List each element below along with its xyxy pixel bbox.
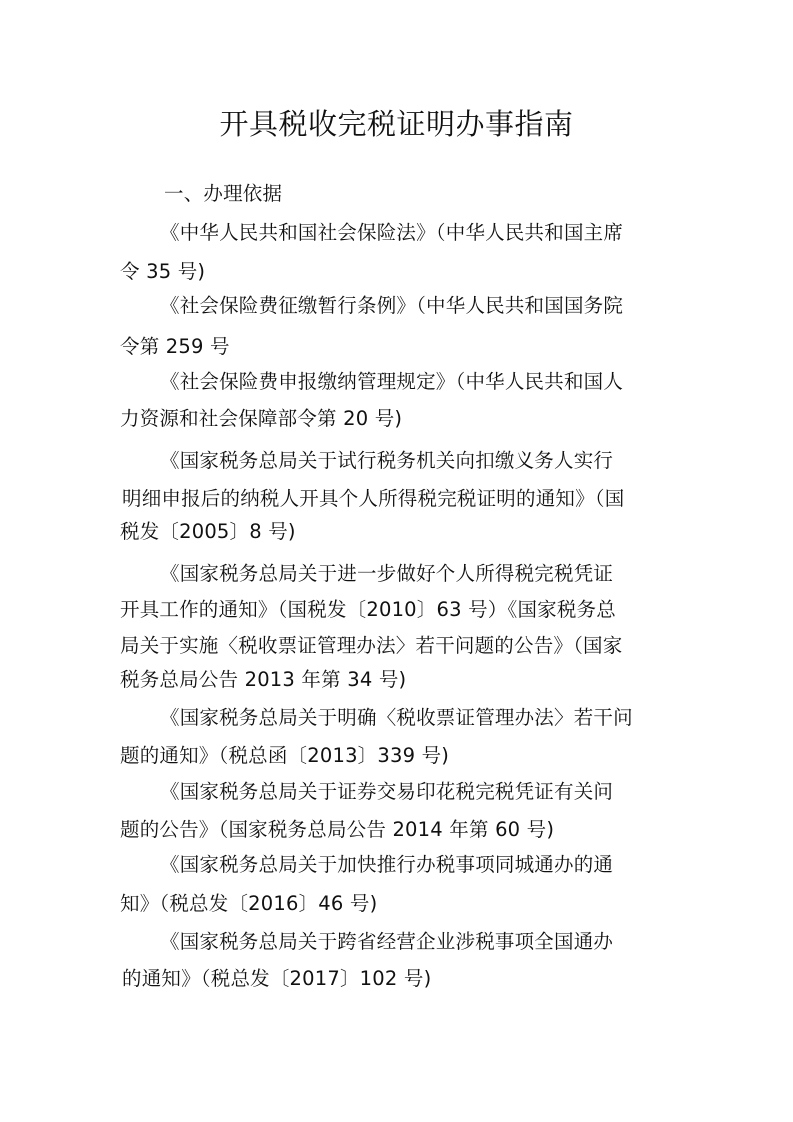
- section-heading: 一、办理依据: [164, 180, 282, 208]
- reference-line: 力资源和社会保障部令第 20 号): [120, 405, 402, 433]
- reference-line: 税发〔2005〕8 号): [120, 518, 296, 546]
- document-title: 开具税收完税证明办事指南: [0, 104, 793, 144]
- reference-line: 局关于实施〈税收票证管理办法〉若干问题的公告》（国家: [120, 632, 622, 660]
- reference-line: 《国家税务总局关于进一步做好个人所得税完税凭证: [160, 560, 613, 588]
- reference-line: 题的公告》（国家税务总局公告 2014 年第 60 号): [120, 816, 554, 844]
- reference-line: 《社会保险费征缴暂行条例》（中华人民共和国国务院: [160, 292, 623, 320]
- reference-line: 知》（税总发〔2016〕46 号): [120, 890, 377, 918]
- reference-line: 《中华人民共和国社会保险法》（中华人民共和国主席: [160, 219, 623, 247]
- reference-line: 令 35 号): [120, 258, 205, 286]
- reference-line: 《社会保险费申报缴纳管理规定》（中华人民共和国人: [160, 368, 623, 396]
- reference-line: 《国家税务总局关于加快推行办税事项同城通办的通: [160, 851, 613, 879]
- reference-line: 令第 259 号: [120, 333, 230, 361]
- reference-line: 题的通知》（税总函〔2013〕339 号): [120, 742, 449, 770]
- reference-line: 开具工作的通知》（国税发〔2010〕63 号）《国家税务总: [120, 596, 616, 624]
- reference-line: 明细申报后的纳税人开具个人所得税完税证明的通知》（国: [122, 485, 624, 513]
- reference-line: 《国家税务总局关于证券交易印花税完税凭证有关问: [160, 778, 613, 806]
- reference-line: 的通知》（税总发〔2017〕102 号): [122, 965, 431, 993]
- reference-line: 《国家税务总局关于试行税务机关向扣缴义务人实行: [160, 447, 613, 475]
- reference-line: 税务总局公告 2013 年第 34 号): [120, 666, 406, 694]
- reference-line: 《国家税务总局关于跨省经营企业涉税事项全国通办: [160, 928, 613, 956]
- document-page: 开具税收完税证明办事指南 一、办理依据 《中华人民共和国社会保险法》（中华人民共…: [0, 0, 793, 1122]
- reference-line: 《国家税务总局关于明确〈税收票证管理办法〉若干问: [160, 704, 633, 732]
